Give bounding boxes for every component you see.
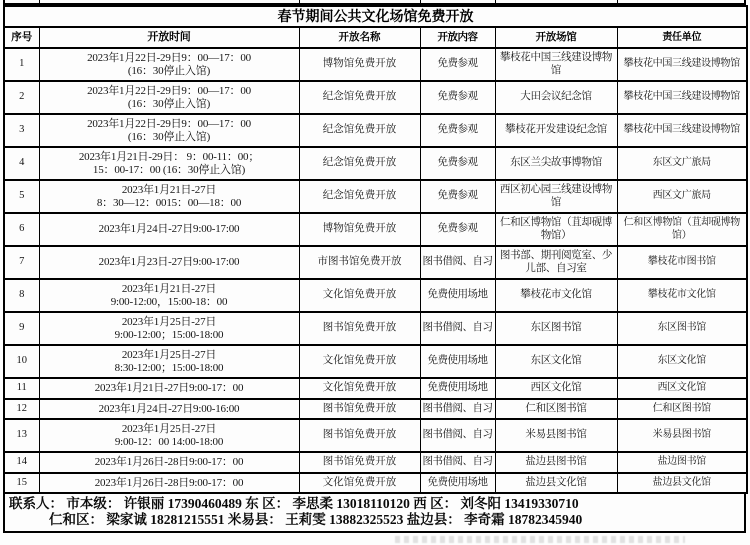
grid-line <box>299 0 300 5</box>
cell-no: 15 <box>4 473 39 494</box>
cell-venue: 大田会议纪念馆 <box>495 81 617 114</box>
cell-no: 12 <box>4 399 39 420</box>
table-row: 22023年1月22日-29日9：00—17：00 (16：30停止入馆)纪念馆… <box>4 81 747 114</box>
cell-time: 2023年1月22日-29日9：00—17：00 (16：30停止入馆) <box>39 48 299 81</box>
cell-content: 免费使用场地 <box>420 345 495 378</box>
cell-name: 文化馆免费开放 <box>299 279 420 312</box>
cell-venue: 东区兰尖故事博物馆 <box>495 147 617 180</box>
column-header-name: 开放名称 <box>299 27 420 48</box>
cell-content: 图书借阅、自习 <box>420 399 495 420</box>
cell-time: 2023年1月21日-27日 8：30—12：0015：00—18：00 <box>39 180 299 213</box>
cell-name: 纪念馆免费开放 <box>299 147 420 180</box>
cell-name: 市图书馆免费开放 <box>299 246 420 279</box>
cell-no: 10 <box>4 345 39 378</box>
cell-no: 1 <box>4 48 39 81</box>
cell-time: 2023年1月25日-27日 9:00-12：00 14:00-18:00 <box>39 419 299 452</box>
cell-time: 2023年1月21日-27日9:00-17：00 <box>39 378 299 399</box>
grid-line <box>39 0 40 5</box>
cell-venue: 米易县图书馆 <box>495 419 617 452</box>
watermark <box>395 536 685 543</box>
table-row: 102023年1月25日-27日 8:30-12:00；15:00-18:00文… <box>4 345 747 378</box>
cell-name: 文化馆免费开放 <box>299 473 420 494</box>
cell-name: 纪念馆免费开放 <box>299 180 420 213</box>
cell-unit: 盐边县文化馆 <box>617 473 747 494</box>
cell-unit: 东区文广旅局 <box>617 147 747 180</box>
cell-unit: 东区图书馆 <box>617 312 747 345</box>
page-title: 春节期间公共文化场馆免费开放 <box>4 6 747 27</box>
cell-venue: 仁和区博物馆（苴却砚博物馆） <box>495 213 617 246</box>
cell-no: 3 <box>4 114 39 147</box>
cell-venue: 攀枝花中国三线建设博物馆 <box>495 48 617 81</box>
cell-unit: 东区文化馆 <box>617 345 747 378</box>
cell-unit: 西区文化馆 <box>617 378 747 399</box>
cell-name: 纪念馆免费开放 <box>299 114 420 147</box>
title-row: 春节期间公共文化场馆免费开放 <box>4 6 747 27</box>
cell-unit: 攀枝花市文化馆 <box>617 279 747 312</box>
cell-no: 6 <box>4 213 39 246</box>
cell-content: 免费使用场地 <box>420 378 495 399</box>
cell-content: 免费参观 <box>420 213 495 246</box>
table-row: 62023年1月24日-27日9:00-17:00博物馆免费开放免费参观仁和区博… <box>4 213 747 246</box>
table-row: 122023年1月24日-27日9:00-16:00图书馆免费开放图书借阅、自习… <box>4 399 747 420</box>
cell-content: 图书借阅、自习 <box>420 452 495 473</box>
contacts-line-1: 联系人： 市本级： 许银丽 17390460489 东 区： 李思柔 13018… <box>9 496 740 512</box>
table-row: 32023年1月22日-29日9：00—17：00 (16：30停止入馆)纪念馆… <box>4 114 747 147</box>
previous-table-edge <box>3 0 746 5</box>
cell-venue: 仁和区图书馆 <box>495 399 617 420</box>
cell-venue: 盐边县文化馆 <box>495 473 617 494</box>
column-header-content: 开放内容 <box>420 27 495 48</box>
table-row: 142023年1月26日-28日9:00-17：00图书馆免费开放图书借阅、自习… <box>4 452 747 473</box>
table-row: 52023年1月21日-27日 8：30—12：0015：00—18：00纪念馆… <box>4 180 747 213</box>
cell-content: 免费参观 <box>420 81 495 114</box>
cell-content: 免费参观 <box>420 180 495 213</box>
cell-no: 5 <box>4 180 39 213</box>
grid-line <box>495 0 496 5</box>
cell-name: 图书馆免费开放 <box>299 312 420 345</box>
cell-no: 4 <box>4 147 39 180</box>
cell-time: 2023年1月21日-27日 9:00-12:00，15:00-18：00 <box>39 279 299 312</box>
cell-name: 纪念馆免费开放 <box>299 81 420 114</box>
table-row: 72023年1月23日-27日9:00-17:00市图书馆免费开放图书借阅、自习… <box>4 246 747 279</box>
cell-content: 免费使用场地 <box>420 473 495 494</box>
grid-line <box>420 0 421 5</box>
cell-name: 文化馆免费开放 <box>299 345 420 378</box>
cell-no: 14 <box>4 452 39 473</box>
contacts-footer: 联系人： 市本级： 许银丽 17390460489 东 区： 李思柔 13018… <box>3 494 746 533</box>
cell-time: 2023年1月22日-29日9：00—17：00 (16：30停止入馆) <box>39 114 299 147</box>
cell-no: 8 <box>4 279 39 312</box>
cell-content: 免费参观 <box>420 114 495 147</box>
table-row: 152023年1月26日-28日9:00-17：00文化馆免费开放免费使用场地盐… <box>4 473 747 494</box>
table-row: 82023年1月21日-27日 9:00-12:00，15:00-18：00文化… <box>4 279 747 312</box>
cell-unit: 仁和区博物馆（苴却砚博物馆） <box>617 213 747 246</box>
cell-venue: 东区文化馆 <box>495 345 617 378</box>
cell-venue: 攀枝花开发建设纪念馆 <box>495 114 617 147</box>
table-row: 12023年1月22日-29日9：00—17：00 (16：30停止入馆)博物馆… <box>4 48 747 81</box>
column-header-venue: 开放场馆 <box>495 27 617 48</box>
cell-no: 7 <box>4 246 39 279</box>
grid-line <box>617 0 618 5</box>
venues-table: 春节期间公共文化场馆免费开放 序号开放时间开放名称开放内容开放场馆责任单位 12… <box>3 5 748 494</box>
cell-name: 图书馆免费开放 <box>299 419 420 452</box>
cell-venue: 攀枝花市文化馆 <box>495 279 617 312</box>
cell-unit: 攀枝花中国三线建设博物馆 <box>617 114 747 147</box>
cell-no: 2 <box>4 81 39 114</box>
column-header-time: 开放时间 <box>39 27 299 48</box>
cell-name: 文化馆免费开放 <box>299 378 420 399</box>
cell-content: 图书借阅、自习 <box>420 246 495 279</box>
cell-name: 图书馆免费开放 <box>299 452 420 473</box>
cell-time: 2023年1月21日-29日： 9：00-11：00； 15：00-17：00 … <box>39 147 299 180</box>
cell-name: 图书馆免费开放 <box>299 399 420 420</box>
cell-content: 免费使用场地 <box>420 279 495 312</box>
cell-venue: 盐边县图书馆 <box>495 452 617 473</box>
cell-content: 免费参观 <box>420 147 495 180</box>
cell-time: 2023年1月25日-27日 8:30-12:00；15:00-18:00 <box>39 345 299 378</box>
cell-unit: 仁和区图书馆 <box>617 399 747 420</box>
document-page: 春节期间公共文化场馆免费开放 序号开放时间开放名称开放内容开放场馆责任单位 12… <box>0 0 750 545</box>
column-header-no: 序号 <box>4 27 39 48</box>
cell-unit: 盐边图书馆 <box>617 452 747 473</box>
table-row: 112023年1月21日-27日9:00-17：00文化馆免费开放免费使用场地西… <box>4 378 747 399</box>
cell-name: 博物馆免费开放 <box>299 213 420 246</box>
cell-venue: 西区文化馆 <box>495 378 617 399</box>
cell-time: 2023年1月26日-28日9:00-17：00 <box>39 473 299 494</box>
header-row: 序号开放时间开放名称开放内容开放场馆责任单位 <box>4 27 747 48</box>
cell-venue: 东区图书馆 <box>495 312 617 345</box>
cell-no: 11 <box>4 378 39 399</box>
cell-name: 博物馆免费开放 <box>299 48 420 81</box>
cell-venue: 图书部、期刊阅览室、少儿部、自习室 <box>495 246 617 279</box>
table-row: 132023年1月25日-27日 9:00-12：00 14:00-18:00图… <box>4 419 747 452</box>
cell-time: 2023年1月24日-27日9:00-16:00 <box>39 399 299 420</box>
table-body: 12023年1月22日-29日9：00—17：00 (16：30停止入馆)博物馆… <box>4 48 747 493</box>
table-row: 42023年1月21日-29日： 9：00-11：00； 15：00-17：00… <box>4 147 747 180</box>
cell-time: 2023年1月22日-29日9：00—17：00 (16：30停止入馆) <box>39 81 299 114</box>
table-row: 92023年1月25日-27日 9:00-12:00；15:00-18:00图书… <box>4 312 747 345</box>
cell-content: 免费参观 <box>420 48 495 81</box>
cell-unit: 攀枝花中国三线建设博物馆 <box>617 81 747 114</box>
cell-content: 图书借阅、自习 <box>420 419 495 452</box>
cell-no: 13 <box>4 419 39 452</box>
contacts-line-2: 仁和区： 梁家诚 18281215551 米易县： 王莉雯 1388232552… <box>9 512 740 528</box>
cell-venue: 西区初心园三线建设博物馆 <box>495 180 617 213</box>
cell-unit: 攀枝花市图书馆 <box>617 246 747 279</box>
cell-no: 9 <box>4 312 39 345</box>
cell-time: 2023年1月23日-27日9:00-17:00 <box>39 246 299 279</box>
cell-unit: 米易县图书馆 <box>617 419 747 452</box>
cell-time: 2023年1月26日-28日9:00-17：00 <box>39 452 299 473</box>
cell-time: 2023年1月24日-27日9:00-17:00 <box>39 213 299 246</box>
cell-unit: 攀枝花中国三线建设博物馆 <box>617 48 747 81</box>
cell-time: 2023年1月25日-27日 9:00-12:00；15:00-18:00 <box>39 312 299 345</box>
column-header-unit: 责任单位 <box>617 27 747 48</box>
cell-content: 图书借阅、自习 <box>420 312 495 345</box>
cell-unit: 西区文广旅局 <box>617 180 747 213</box>
